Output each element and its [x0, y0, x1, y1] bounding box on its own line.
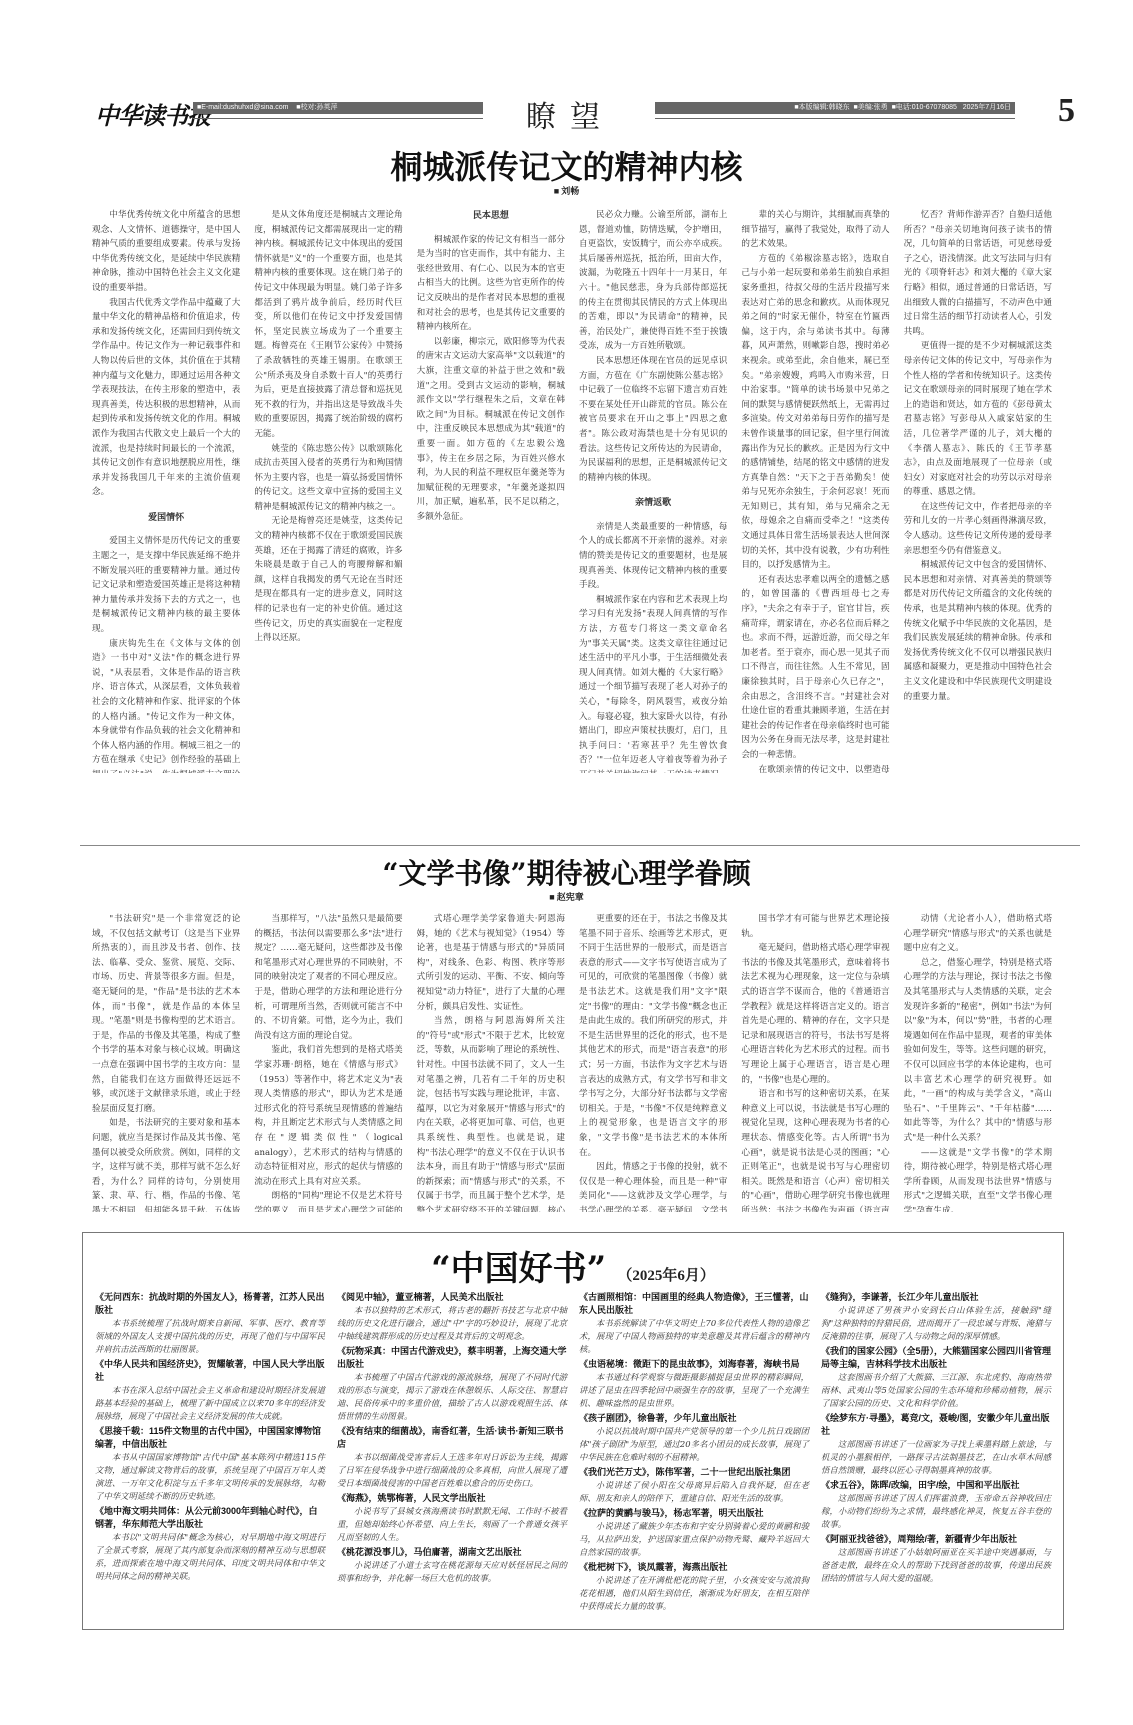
book-description: 小说讲述了在开满枇杷花的院子里，小女孩安安与流浪狗花花相遇，他们从陌生到信任，渐…: [579, 1574, 809, 1613]
book-title: 《没有结束的细菌战》，南香红著，生活·读书·新知三联书店: [337, 1425, 567, 1451]
paragraph: 语言和书写的这种密切关系，在某种意义上可以说，书法就是书写心理的视觉化呈现，这种…: [741, 1087, 889, 1212]
subheading: 亲情返歌: [579, 495, 727, 510]
book-title: 《枇杷树下》，谈凤霞著，海燕出版社: [579, 1561, 809, 1574]
paragraph: 还有表达忠孝难以两全的遗憾之感的，如曾国藩的《曹西垣母七之寿序》，"夫余之有幸于…: [741, 573, 889, 763]
book-item: 《绘梦东方·寻墨》，葛竞/文，聂峻/图，安徽少年儿童出版社这部图画书讲述了一位画…: [821, 1412, 1051, 1477]
book-title: 《阅见中轴》，董亚楠著，人民美术出版社: [337, 1291, 567, 1304]
book-item: 《我们的国家公园》（全5册），大熊猫国家公园四川省管理局等主编，吉林科学技术出版…: [821, 1345, 1051, 1410]
article1-column: 忆否？背师作游弄否？自塾归适他所否？"母亲关切地询问孩子读书的情况，几句简单的日…: [904, 208, 1052, 773]
paragraph: 我国古代优秀文学作品中蕴藏了大量中华文化的精神品格和价值追求，传承和发扬传统文化…: [92, 296, 240, 500]
book-item: 《虫语秘境：微距下的昆虫故事》，刘海春著，海峡书局本书通过科学观察与微距摄影捕捉…: [579, 1358, 809, 1410]
masthead: 中华读书报 ■E-mail:dushuhxd@sina.com ■校对:孙英萍 …: [95, 92, 1075, 132]
book-description: 小说讲述了男孩尹小安到长白山体验生活，接触到"缝狗"这种独特的狩猎民俗，进而揭开…: [821, 1304, 1051, 1343]
article2-headline: “文学书像”期待被心理学眷顾: [0, 852, 1133, 892]
paragraph: 动情（尤论者小人），借助格式塔心理学研究"情感与形式"的关系也就是题中应有之义。: [904, 912, 1052, 956]
book-item: 《桃花源没事儿》，马伯庸著，湖南文艺出版社小说讲述了小道士玄穹在桃花源每天应对妖…: [337, 1546, 567, 1585]
subheading: 爱国情怀: [92, 510, 240, 525]
book-item: 《拉萨的黄鹂与骏马》，杨志军著，明天出版社小说讲述了藏族少年杰布和宇安分别骑着心…: [579, 1507, 809, 1559]
book-title: 《求五谷》，陈晖/改编，田宇/绘，中国和平出版社: [821, 1479, 1051, 1492]
book-item: 《孩子剧团》，徐鲁著，少年儿童出版社小说以抗战时期中国共产党领导的第一个少儿抗日…: [579, 1412, 809, 1464]
article2-column: "书法研究"是一个非常宽泛的论域，不仅包括文献考订（这是当下业界所热衷的），而且…: [92, 912, 240, 1212]
book-item: 《阿丽亚找爸爸》，周翔绘/著，新疆青少年出版社这部图画书讲述了小姑娘阿丽亚在买羊…: [821, 1533, 1051, 1585]
book-description: 小说讲述了侯小阳在父母离异后陷入自我怀疑，但在老师、朋友和亲人的陪伴下，重建自信…: [579, 1479, 809, 1505]
book-title: 《中华人民共和国经济史》，贺耀敏著，中国人民大学出版社: [95, 1358, 325, 1384]
book-list: 《无问西东：抗战时期的外国友人》，杨菁著，江苏人民出版社本书系统梳理了抗战时期来…: [95, 1289, 1051, 1613]
paragraph: 民必众力赚。公谕至所部，湖布上恩，督道劝恤，防情迭赋，令护增田，自更盗饮，安饭腾…: [579, 208, 727, 354]
paragraph: 姚莹的《陈忠愍公传》以歌颂陈化成抗击英国入侵者的英勇行为和殉国情怀为主要内容，也…: [254, 442, 402, 515]
book-description: 本书系统梳理了抗战时期来自新闻、军事、医疗、教育等领域的外国友人支援中国抗战的历…: [95, 1317, 325, 1356]
article1-headline: 桐城派传记文的精神内核: [0, 142, 1133, 188]
paragraph: 中华优秀传统文化中所蕴含的思想观念、人文情怀、道德操守，是中国人精神气质的重要组…: [92, 208, 240, 296]
book-item: 《中华人民共和国经济史》，贺耀敏著，中国人民大学出版社本书在深入总结中国社会主义…: [95, 1358, 325, 1423]
paragraph: 总之，借鉴心理学，特别是格式塔心理学的方法与理论，探讨书法之书像及其笔墨形式与人…: [904, 956, 1052, 1146]
book-description: 本书以细菌战受害者后人王选多年对日诉讼为主线，揭露了日军在侵华战争中进行细菌战的…: [337, 1451, 567, 1490]
book-title: 《阿丽亚找爸爸》，周翔绘/著，新疆青少年出版社: [821, 1533, 1051, 1546]
article1-column: 辈的关心与期许，其细腻而真挚的细节描写，赢得了我觉处，取得了动人的艺术效果。 方…: [741, 208, 889, 773]
paragraph: ——这就是"文学书像"的学术期待，期待被心理学，特别是格式塔心理学所眷顾，从而发…: [904, 1146, 1052, 1213]
subheading: 民本思想: [417, 208, 565, 223]
book-title: 《无问西东：抗战时期的外国友人》，杨菁著，江苏人民出版社: [95, 1291, 325, 1317]
paragraph: 忆否？背师作游弄否？自塾归适他所否？"母亲关切地询问孩子读书的情况，几句简单的日…: [904, 208, 1052, 339]
book-title: 《玩物采真：中国古代游戏史》，蔡丰明著，上海交通大学出版社: [337, 1345, 567, 1371]
book-description: 这部图画书讲述了因人们挥霍浪费，玉帝命五谷神收回庄稼，小动物们纷纷为之求情，最终…: [821, 1492, 1051, 1531]
paragraph: 无论是梅曾亮还是姚莹，这类传记文的精神内核都不仅在于歌颂爱国民族英雄，还在于揭露…: [254, 514, 402, 645]
book-item: 《海燕》，姚鄂梅著，人民文学出版社小说书写了县城女孩海燕读书时默默无闻、工作时不…: [337, 1492, 567, 1544]
masthead-info-right: ■本版编辑:韩晓东 ■美编:张勇 ■电话:010-67078085 2025年7…: [655, 102, 1015, 114]
paragraph: 康庆钩先生在《文体与文体的创造》一书中对"义法"作的概念进行界说，"从表层看，文…: [92, 637, 240, 773]
book-description: 本书通过科学观察与微距摄影捕捉昆虫世界的精彩瞬间，讲述了昆虫在四季轮回中顽强生存…: [579, 1371, 809, 1410]
paragraph: 国书学才有可能与世界艺术理论接轨。: [741, 912, 889, 941]
book-description: 小说书写了县城女孩海燕读书时默默无闻、工作时不被看重，但她却始终心怀希望、向上生…: [337, 1505, 567, 1544]
book-item: 《地中海文明共同体：从公元前3000年到轴心时代》，白钢著，华东师范大学出版社本…: [95, 1505, 325, 1583]
paragraph: 亲情是人类最重要的一种情感，每个人的成长都离不开亲情的滋养。对亲情的赞美是传记文…: [579, 520, 727, 593]
book-item: 《没有结束的细菌战》，南香红著，生活·读书·新知三联书店本书以细菌战受害者后人王…: [337, 1425, 567, 1490]
paragraph: 更重要的还在于，书法之书像及其笔墨不同于音乐、绘画等艺术形式，更不同于生活世界的…: [579, 912, 727, 1160]
paragraph: "书法研究"是一个非常宽泛的论域，不仅包括文献考订（这是当下业界所热衷的），而且…: [92, 912, 240, 1116]
paragraph: 方苞的《弟椒涂墓志铭》，选取自己与小弟一起玩耍和弟弟生前独自承担家务重担，待叔父…: [741, 252, 889, 573]
book-column: 《古画照相馆：中国画里的经典人物造像》，王三懂著，山东人民出版社本书系统解读了中…: [579, 1289, 809, 1613]
book-title: 《古画照相馆：中国画里的经典人物造像》，王三懂著，山东人民出版社: [579, 1291, 809, 1317]
paragraph: 在这些传记文中，作者把母亲的辛劳和儿女的一片孝心刻画得淋漓尽致，令人感动。这些传…: [904, 500, 1052, 558]
article2-byline: 赵宪章: [0, 890, 1133, 903]
paragraph: 式塔心理学美学家鲁道夫·阿恩海姆，她的《艺术与视知觉》（1954）等论著，也是基…: [417, 912, 565, 1014]
divider: [193, 118, 483, 119]
paragraph: 当然，朗格与阿恩海姆所关注的"符号"或"形式"不限于艺术，比较宽泛，等数，从而影…: [417, 1014, 565, 1212]
masthead-info-left: ■E-mail:dushuhxd@sina.com ■校对:孙英萍: [193, 102, 483, 114]
article2-column: 国书学才有可能与世界艺术理论接轨。 毫无疑问，借助格式塔心理学审视书法的书像及其…: [741, 912, 889, 1212]
paragraph: 辈的关心与期许，其细腻而真挚的细节描写，赢得了我觉处，取得了动人的艺术效果。: [741, 208, 889, 252]
paragraph: 当那样写，"八法"虽然只是最简要的概括，书法何以需要那么多"法"进行规定？……毫…: [254, 912, 402, 1043]
issue-date: 2025年7月16日: [963, 104, 1011, 111]
book-description: 小说以抗战时期中国共产党领导的第一个少儿抗日戏剧团体"孩子剧团"为原型，通过20…: [579, 1425, 809, 1464]
article1-column: 民本思想 桐城派作家的传记文有相当一部分是为当时的官吏而作，其中有能力、主张经世…: [417, 208, 565, 773]
paragraph: 朗格的"同构"理论不仅是艺术符号学的要义，而且是艺术心理学之可能的前提。这就涉及…: [254, 1189, 402, 1212]
book-item: 《求五谷》，陈晖/改编，田宇/绘，中国和平出版社这部图画书讲述了因人们挥霍浪费，…: [821, 1479, 1051, 1531]
good-books-subtitle: （2025年6月）: [617, 1268, 715, 1284]
book-item: 《思接千载：115件文物里的古代中国》，中国国家博物馆编著，中信出版社本书从中国…: [95, 1425, 325, 1503]
book-title: 《地中海文明共同体：从公元前3000年到轴心时代》，白钢著，华东师范大学出版社: [95, 1505, 325, 1531]
section-title: 瞭望: [495, 92, 645, 136]
book-title: 《拉萨的黄鹂与骏马》，杨志军著，明天出版社: [579, 1507, 809, 1520]
paragraph: 爱国主义情怀是历代传记文的重要主题之一，是支撑中华民族延绵不绝并不断发展兴旺的重…: [92, 534, 240, 636]
email: ■E-mail:dushuhxd@sina.com: [197, 104, 288, 111]
book-description: 这套图画书介绍了大熊猫、三江源、东北虎豹、海南热带雨林、武夷山等5处国家公园的生…: [821, 1371, 1051, 1410]
article1-column: 民必众力赚。公谕至所部，湖布上恩，督道劝恤，防情迭赋，令护增田，自更盗饮，安饭腾…: [579, 208, 727, 773]
paragraph: 在歌颂亲情的传记文中，以塑造母亲形象为最多，如梅曾亮的《周石生授经图记》，梅曾亮…: [741, 763, 889, 773]
article1-byline: 刘畅: [0, 184, 1133, 197]
article2-column: 动情（尤论者小人），借助格式塔心理学研究"情感与形式"的关系也就是题中应有之义。…: [904, 912, 1052, 1212]
book-description: 小说讲述了藏族少年杰布和宇安分别骑着心爱的黄鹂和骏马，从拉萨出发，护送国家重点保…: [579, 1520, 809, 1559]
paragraph: 因此，情感之于书像的投射，就不仅仅是一种心理体验，而且是一种"审美同化"——这就…: [579, 1160, 727, 1212]
article1-column: 是从文体角度还是桐城古文理论角度，桐城派传记文都需展现出一定的精神内核。桐城派传…: [254, 208, 402, 773]
paragraph: 桐城派作家在内容和艺术表现上均学习归有光发扬"表现人间真情的写作方法，方苞专门将…: [579, 593, 727, 773]
article2-column: 当那样写，"八法"虽然只是最简要的概括，书法何以需要那么多"法"进行规定？……毫…: [254, 912, 402, 1212]
book-description: 这部图画书讲述了小姑娘阿丽亚在买羊途中突遇暴雨，与爸爸走散，最终在众人的帮助下找…: [821, 1546, 1051, 1585]
book-item: 《缝狗》，李谦著，长江少年儿童出版社小说讲述了男孩尹小安到长白山体验生活，接触到…: [821, 1291, 1051, 1343]
book-description: 本书在深入总结中国社会主义革命和建设时期经济发展道路基本经验的基础上，梳理了新中…: [95, 1384, 325, 1423]
article1-body: 中华优秀传统文化中所蕴含的思想观念、人文情怀、道德操守，是中国人精神气质的重要组…: [92, 208, 1052, 773]
book-title: 《缝狗》，李谦著，长江少年儿童出版社: [821, 1291, 1051, 1304]
paragraph: 桐城派传记文中包含的爱国情怀、民本思想和对亲情、对真善美的赞颂等都是对历代传记文…: [904, 558, 1052, 704]
paragraph: 是从文体角度还是桐城古文理论角度，桐城派传记文都需展现出一定的精神内核。桐城派传…: [254, 208, 402, 442]
paragraph: 民本思想还体现在官员的远见卓识方面，方苞在《广东副使陈公墓志铭》中记载了一位临终…: [579, 354, 727, 485]
book-description: 本书系统解读了中华文明史上70多位代表性人物的造像艺术，展现了中国人物画独特的审…: [579, 1317, 809, 1356]
designer: ■美编:张勇: [853, 104, 887, 111]
paragraph: 鉴此，我们首先想到的是格式塔美学家苏珊·朗格，她在《情感与形式》（1953）等著…: [254, 1043, 402, 1189]
book-description: 本书从中国国家博物馆"古代中国"基本陈列中精选115件文物，通过解读文物背后的故…: [95, 1451, 325, 1503]
good-books-header: “中国好书” （2025年6月）: [83, 1241, 1063, 1290]
book-item: 《我们光芒万丈》，陈伟军著，二十一世纪出版社集团小说讲述了侯小阳在父母离异后陷入…: [579, 1466, 809, 1505]
phone: ■电话:010-67078085: [892, 104, 957, 111]
book-column: 《无问西东：抗战时期的外国友人》，杨菁著，江苏人民出版社本书系统梳理了抗战时期来…: [95, 1289, 325, 1613]
book-title: 《我们的国家公园》（全5册），大熊猫国家公园四川省管理局等主编，吉林科学技术出版…: [821, 1345, 1051, 1371]
paragraph: 以彰廉，柳宗元，欧阳修等为代表的唐宋古文运动大家高举"文以载道"的大旗，注重文章…: [417, 335, 565, 525]
article1-column: 中华优秀传统文化中所蕴含的思想观念、人文情怀、道德操守，是中国人精神气质的重要组…: [92, 208, 240, 773]
article2-column: 更重要的还在于，书法之书像及其笔墨不同于音乐、绘画等艺术形式，更不同于生活世界的…: [579, 912, 727, 1212]
book-item: 《无问西东：抗战时期的外国友人》，杨菁著，江苏人民出版社本书系统梳理了抗战时期来…: [95, 1291, 325, 1356]
paragraph: 如是，书法研究的主要对象和基本问题，就应当是探讨作品及其书像、笔墨何以被受众所欣…: [92, 1116, 240, 1212]
book-column: 《缝狗》，李谦著，长江少年儿童出版社小说讲述了男孩尹小安到长白山体验生活，接触到…: [821, 1289, 1051, 1613]
book-description: 本书以"文明共同体"概念为核心，对早期地中海文明进行了全景式考察，展现了其内部复…: [95, 1531, 325, 1583]
book-title: 《虫语秘境：微距下的昆虫故事》，刘海春著，海峡书局: [579, 1358, 809, 1371]
paragraph: 毫无疑问，借助格式塔心理学审视书法的书像及其笔墨形式，意味着将书法艺术视为心理现…: [741, 941, 889, 1087]
book-item: 《阅见中轴》，董亚楠著，人民美术出版社本书以独特的艺术形式，将古老的翻折书技艺与…: [337, 1291, 567, 1343]
book-item: 《枇杷树下》，谈凤霞著，海燕出版社小说讲述了在开满枇杷花的院子里，小女孩安安与流…: [579, 1561, 809, 1613]
article2-column: 式塔心理学美学家鲁道夫·阿恩海姆，她的《艺术与视知觉》（1954）等论著，也是基…: [417, 912, 565, 1212]
paragraph: 桐城派作家的传记文有相当一部分是为当时的官吏而作，其中有能力、主张经世致用、有仁…: [417, 233, 565, 335]
proofreader: ■校对:孙英萍: [296, 104, 337, 111]
book-title: 《海燕》，姚鄂梅著，人民文学出版社: [337, 1492, 567, 1505]
book-title: 《思接千载：115件文物里的古代中国》，中国国家博物馆编著，中信出版社: [95, 1425, 325, 1451]
editor: ■本版编辑:韩晓东: [794, 104, 849, 111]
book-description: 这部图画书讲述了一位画家为寻找上乘墨料踏上旅途，与机灵的小墨猴相伴，一路探寻古法…: [821, 1438, 1051, 1477]
book-item: 《玩物采真：中国古代游戏史》，蔡丰明著，上海交通大学出版社本书梳理了中国古代游戏…: [337, 1345, 567, 1423]
divider: [655, 118, 1015, 119]
book-description: 本书梳理了中国古代游戏的源流脉络，展现了不同时代游戏的形态与演变，揭示了游戏在休…: [337, 1371, 567, 1423]
book-title: 《我们光芒万丈》，陈伟军著，二十一世纪出版社集团: [579, 1466, 809, 1479]
paragraph: 更值得一提的是不少对桐城派这类母亲传记文体的传记文中，写母亲作为个性人格的学者和…: [904, 339, 1052, 500]
section-divider: [80, 845, 1080, 846]
book-description: 小说讲述了小道士玄穹在桃花源每天应对妖怪居民之间的琐事和纷争，并化解一场巨大危机…: [337, 1559, 567, 1585]
article2-body: "书法研究"是一个非常宽泛的论域，不仅包括文献考订（这是当下业界所热衷的），而且…: [92, 912, 1052, 1212]
page-number: 5: [1058, 92, 1075, 130]
book-title: 《绘梦东方·寻墨》，葛竞/文，聂峻/图，安徽少年儿童出版社: [821, 1412, 1051, 1438]
book-description: 本书以独特的艺术形式，将古老的翻折书技艺与北京中轴线的历史文化进行融合，通过"中…: [337, 1304, 567, 1343]
good-books-box: “中国好书” （2025年6月） 《无问西东：抗战时期的外国友人》，杨菁著，江苏…: [82, 1232, 1064, 1630]
book-item: 《古画照相馆：中国画里的经典人物造像》，王三懂著，山东人民出版社本书系统解读了中…: [579, 1291, 809, 1356]
book-column: 《阅见中轴》，董亚楠著，人民美术出版社本书以独特的艺术形式，将古老的翻折书技艺与…: [337, 1289, 567, 1613]
good-books-title: “中国好书”: [431, 1249, 606, 1289]
book-title: 《孩子剧团》，徐鲁著，少年儿童出版社: [579, 1412, 809, 1425]
book-title: 《桃花源没事儿》，马伯庸著，湖南文艺出版社: [337, 1546, 567, 1559]
